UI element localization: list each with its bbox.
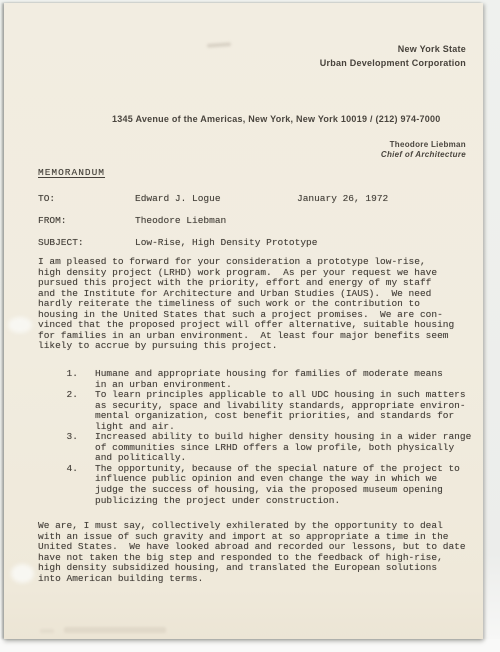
memo-document-page: New York State Urban Development Corpora… xyxy=(4,3,483,639)
memo-subject-value: Low-Rise, High Density Prototype xyxy=(135,237,317,248)
screenshot-root: { "letterhead": { "org_line1": "New York… xyxy=(0,0,500,652)
memo-heading: MEMORANDUM xyxy=(38,167,105,178)
signatory-name: Theodore Liebman xyxy=(381,140,466,150)
letterhead-address: 1345 Avenue of the Americas, New York, N… xyxy=(112,114,441,124)
memo-field-from: FROM: Theodore Liebman xyxy=(4,215,483,227)
scan-smudge-bottom-2 xyxy=(40,629,54,633)
memo-from-label: FROM: xyxy=(38,215,67,226)
letterhead-org-line1: New York State xyxy=(320,43,466,57)
memo-date: January 26, 1972 xyxy=(297,193,388,204)
memo-paragraph-1: I am pleased to forward for your conside… xyxy=(38,257,454,352)
scan-smudge-bottom xyxy=(64,627,166,633)
scan-smudge-top xyxy=(207,42,231,48)
signatory-title: Chief of Architecture xyxy=(381,150,466,160)
punch-hole-bottom xyxy=(11,564,34,583)
memo-from-value: Theodore Liebman xyxy=(135,215,226,226)
memo-benefits-list: 1. Humane and appropriate housing for fa… xyxy=(38,369,471,506)
letterhead-org-line2: Urban Development Corporation xyxy=(320,57,466,71)
memo-subject-label: SUBJECT: xyxy=(38,237,84,248)
memo-field-subject: SUBJECT: Low-Rise, High Density Prototyp… xyxy=(4,237,483,249)
memo-field-to: TO: Edward J. Logue xyxy=(4,193,483,205)
memo-to-label: TO: xyxy=(38,193,55,204)
letterhead-signatory: Theodore Liebman Chief of Architecture xyxy=(381,140,466,160)
punch-hole-top xyxy=(8,317,32,333)
letterhead-organization: New York State Urban Development Corpora… xyxy=(320,43,466,70)
memo-to-value: Edward J. Logue xyxy=(135,193,221,204)
scan-background-strip xyxy=(0,639,500,652)
memo-paragraph-2: We are, I must say, collectively exhiler… xyxy=(38,521,466,584)
